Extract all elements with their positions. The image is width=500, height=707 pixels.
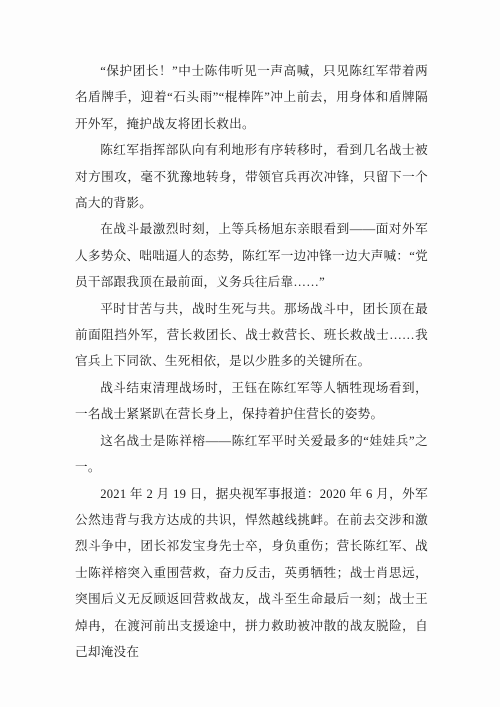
document-page: “保护团长！”中士陈伟听见一声高喊，只见陈红军带着两名盾牌手，迎着“石头雨”“棍… bbox=[0, 0, 500, 707]
paragraph: 战斗结束清理战场时，王钰在陈红军等人牺牲现场看到，一名战士紧紧趴在营长身上，保持… bbox=[75, 375, 428, 428]
document-body: “保护团长！”中士陈伟听见一声高喊，只见陈红军带着两名盾牌手，迎着“石头雨”“棍… bbox=[75, 58, 428, 665]
paragraph: 这名战士是陈祥榕——陈红军平时关爱最多的“娃娃兵”之一。 bbox=[75, 428, 428, 481]
paragraph: “保护团长！”中士陈伟听见一声高喊，只见陈红军带着两名盾牌手，迎着“石头雨”“棍… bbox=[75, 58, 428, 137]
paragraph: 在战斗最激烈时刻，上等兵杨旭东亲眼看到——面对外军人多势众、咄咄逼人的态势，陈红… bbox=[75, 216, 428, 295]
paragraph: 陈红军指挥部队向有利地形有序转移时，看到几名战士被对方围攻，毫不犹豫地转身，带领… bbox=[75, 137, 428, 216]
paragraph: 平时甘苦与共，战时生死与共。那场战斗中，团长顶在最前面阻挡外军，营长救团长、战士… bbox=[75, 296, 428, 375]
paragraph: 2021 年 2 月 19 日，据央视军事报道：2020 年 6 月，外军公然违… bbox=[75, 481, 428, 666]
